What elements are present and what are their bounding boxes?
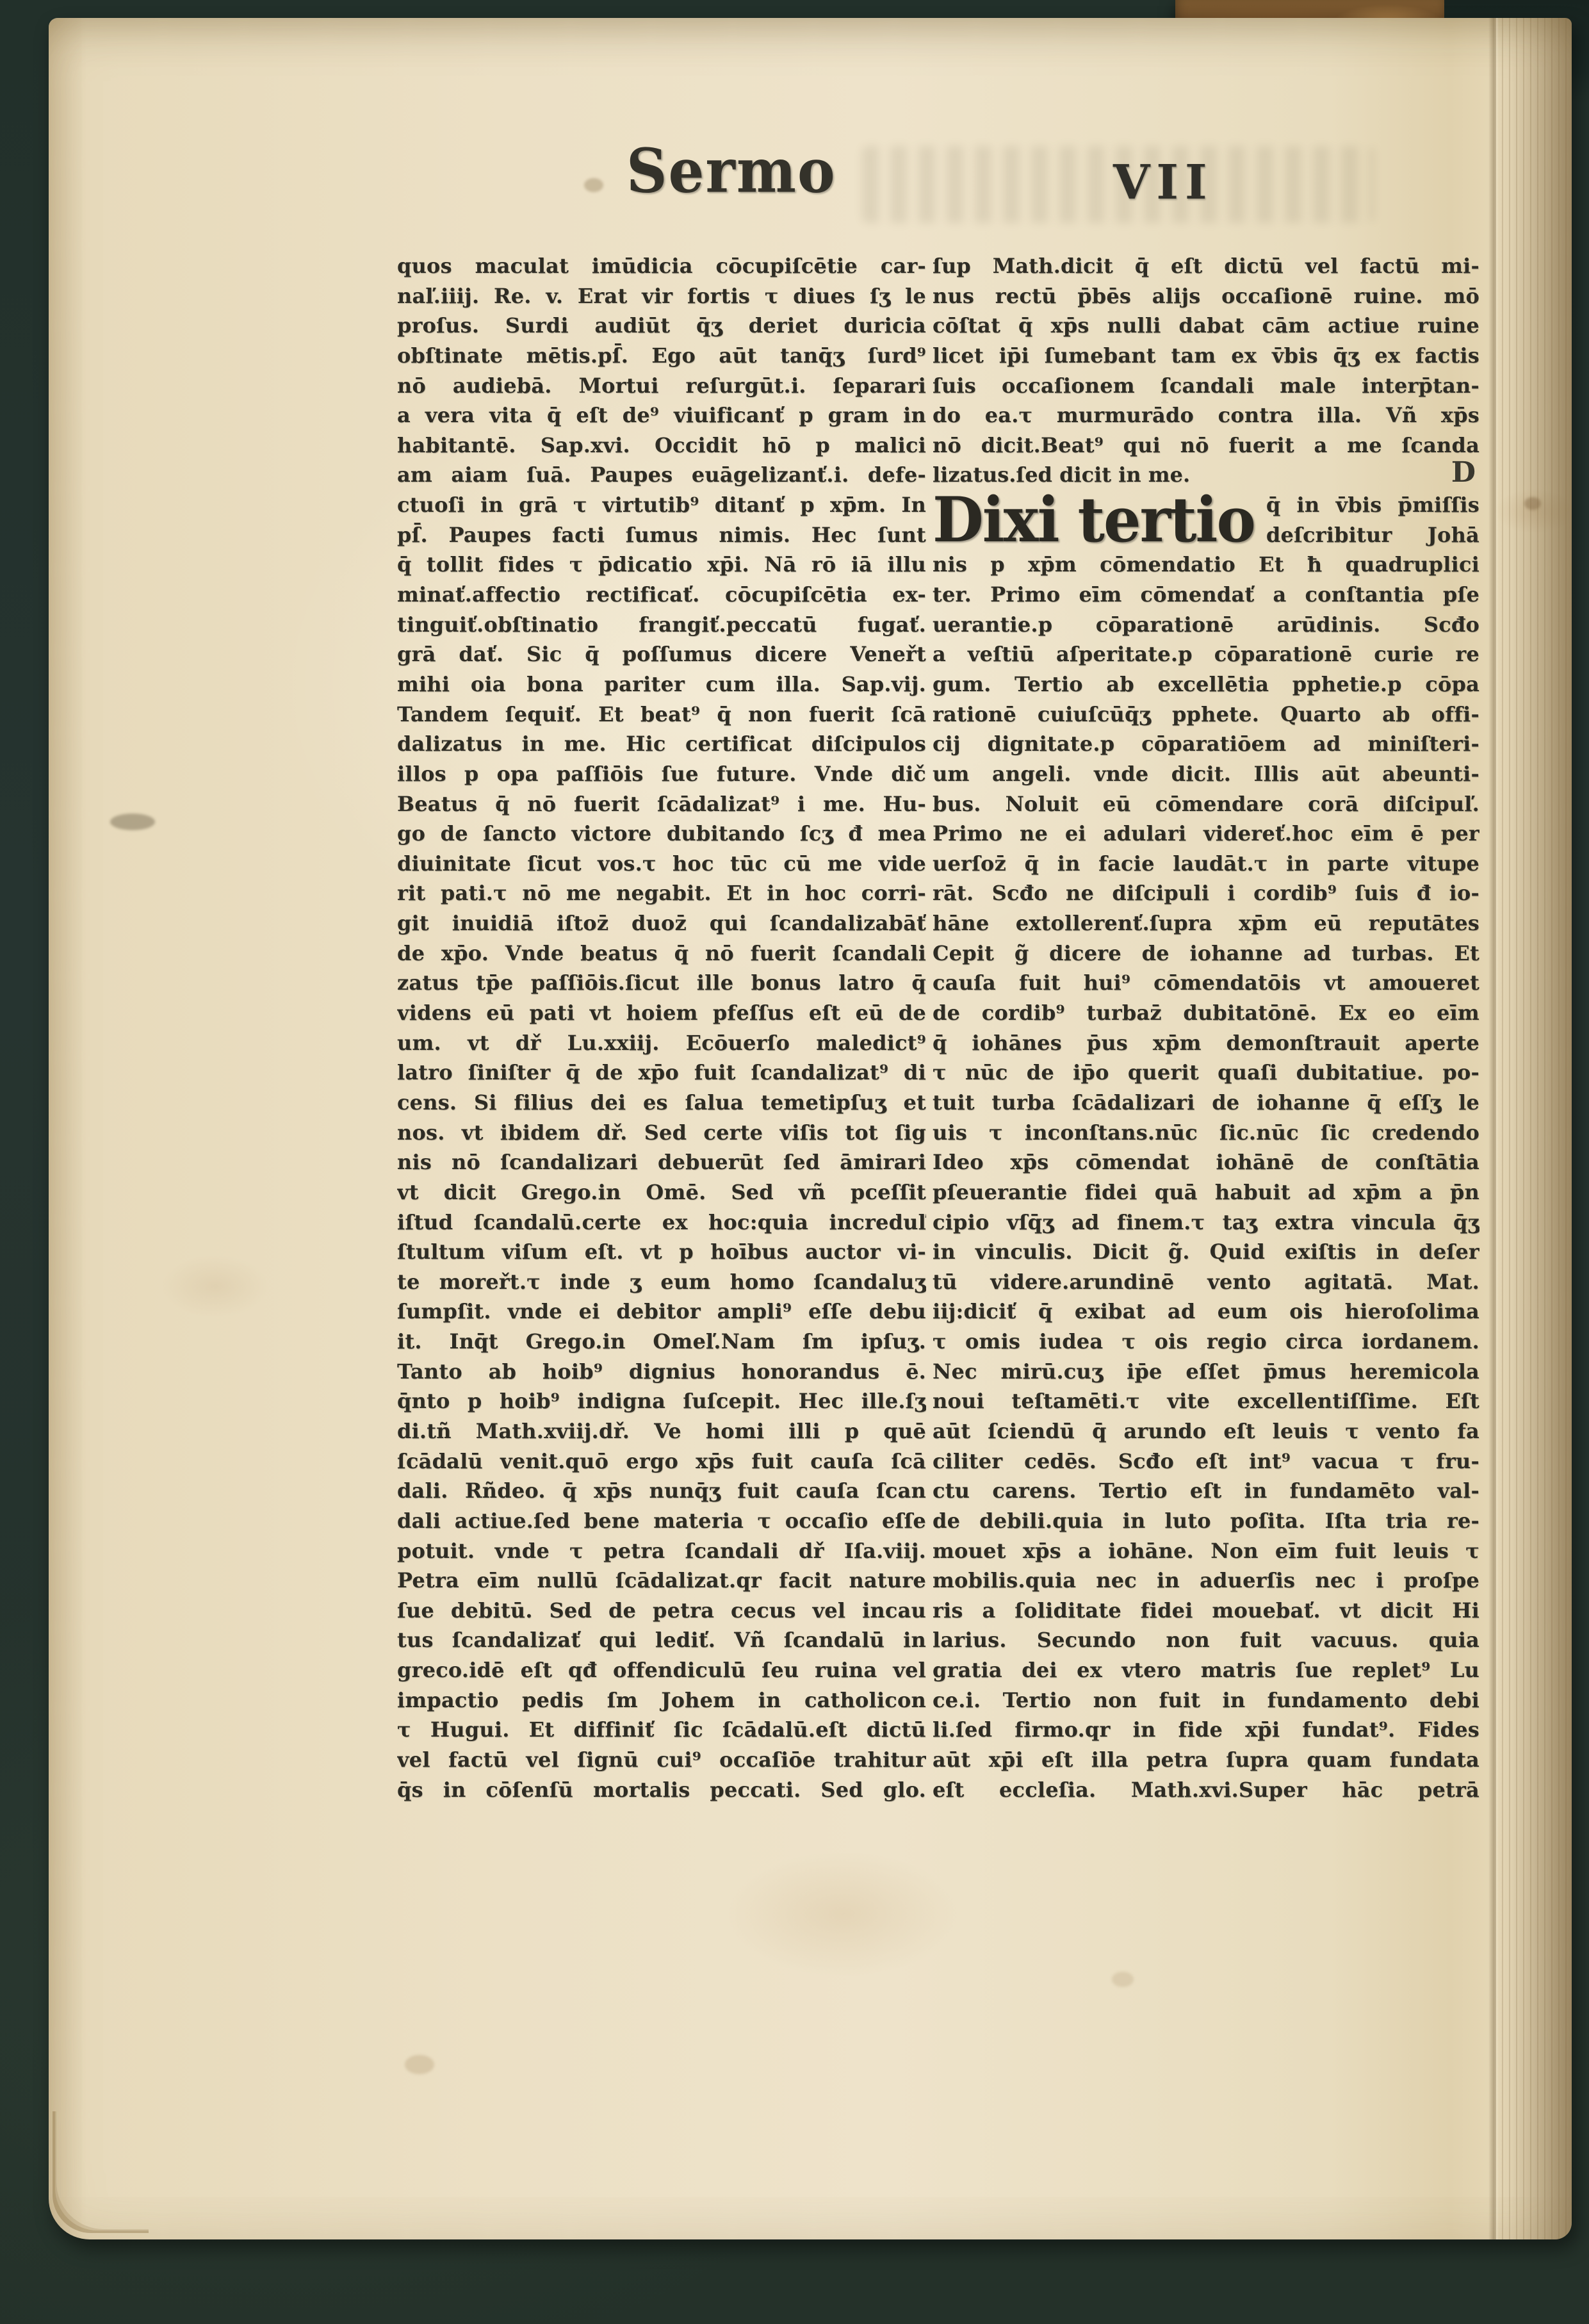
section-opening: Dixi tertio q̄ in v̄bis p̄miſſisdeſcribi…: [933, 490, 1479, 550]
text-line: de cordib⁹ turbaz̄ dubitatōnē. Ex eo eīm: [933, 998, 1479, 1028]
text-line: naľ.iiij. Re. v. Erat vir fortis τ diues…: [397, 281, 926, 311]
running-title: Sermo: [626, 135, 836, 206]
text-line: deſcribitur Johā: [1266, 520, 1479, 550]
text-line: tuit turba ſcādalizari de iohanne q̄ eſſ…: [933, 1088, 1479, 1118]
text-line: gum. Tertio ab excellētia pphetie.p cōpa: [933, 669, 1479, 700]
text-line: gratia dei ex vtero matris ſue replet⁹ L…: [933, 1655, 1479, 1685]
corner-page-stack: [53, 2111, 149, 2233]
text-line: obſtinate mētis.pſ̄. Ego aūt tanq̄ʒ ſurd…: [397, 341, 926, 371]
text-line: Tandem ſequiť. Et beat⁹ q̄ non fuerit ſc…: [397, 700, 926, 730]
text-line: nus rectū p̄bēs alijs occaſionē ruine. m…: [933, 281, 1479, 311]
text-line: in vinculis. Dicit g̃. Quid exiſtis in d…: [933, 1237, 1479, 1267]
text-line: rationē cuiuſcūq̄ʒ pphete. Quarto ab off…: [933, 700, 1479, 730]
text-line: mihi oia bona pariter cum illa. Sap.vij.: [397, 669, 926, 700]
text-line: ter. Primo eīm cōmendať a conſtantia pſe: [933, 580, 1479, 610]
text-line: li.ſed firmo.qr in fide xp̄i fundat⁹. Fi…: [933, 1715, 1479, 1745]
text-line: greco.idē eſt qđ offendiculū ſeu ruina v…: [397, 1655, 926, 1685]
text-line: ciliter cedēs. Scđo eſt int⁹ vacua τ fru…: [933, 1446, 1479, 1477]
stain: [1524, 497, 1541, 510]
text-line: mobilis.quia nec in aduerſis nec i proſp…: [933, 1566, 1479, 1596]
text-line: um. vt dř Lu.xxiij. Ecōuerſo maledict⁹: [397, 1028, 926, 1058]
section-incipit: Dixi tertio: [933, 490, 1255, 550]
text-line: dalizatus in me. Hic certificat diſcipul…: [397, 729, 926, 759]
text-line: q̄s in cōſenſū mortalis peccati. Sed glo…: [397, 1775, 926, 1805]
text-line: dali actiue.ſed bene materia τ occaſio e…: [397, 1506, 926, 1536]
text-line: git inuidiā iſtoz̄ duoz̄ qui ſcandalizab…: [397, 908, 926, 938]
text-line: τ nūc de ip̄o querit quaſi dubitatiue. p…: [933, 1058, 1479, 1088]
text-line: q̄nto p hoib⁹ indigna ſuſcepit. Hec ille…: [397, 1386, 926, 1416]
incipit-side-lines: q̄ in v̄bis p̄miſſisdeſcribitur Johā: [1266, 490, 1479, 550]
text-line: cipio vſq̄ʒ ad finem.τ taʒ extra vincula…: [933, 1207, 1479, 1238]
text-line: nō audiebā. Mortui reſurgūt.i. ſeparari: [397, 371, 926, 401]
book-page: Sermo VII quos maculat imūdicia cōcupiſc…: [49, 18, 1572, 2239]
text-line: Ideo xp̄s cōmendat iohānē de conſtātia: [933, 1147, 1479, 1177]
text-line: cōſtat q̄ xp̄s nulli dabat cām actiue ru…: [933, 311, 1479, 341]
text-line: q̄ in v̄bis p̄miſſis: [1266, 490, 1479, 520]
text-line: Nec mirū.cuʒ ip̄e eſſet p̄mus heremicola: [933, 1357, 1479, 1387]
text-line: licet ip̄i ſumebant tam ex v̄bis q̄ʒ ex …: [933, 341, 1479, 371]
text-line: impactio pedis ſm Johem in catholicon: [397, 1685, 926, 1715]
text-line: videns eū pati vt hoiem pfeſſus eſt eū d…: [397, 998, 926, 1028]
text-line: ris a ſoliditate fidei mouebať. vt dicit…: [933, 1596, 1479, 1626]
text-line: ſtultum viſum eſt. vt p hoībus auctor vi…: [397, 1237, 926, 1267]
text-line: pſ̄. Paupes facti ſumus nimis. Hec ſunt: [397, 520, 926, 550]
text-line: vel factū vel ſignū cui⁹ occaſiōe trahit…: [397, 1745, 926, 1775]
rubricator-guide-letter: D: [1451, 460, 1479, 486]
text-line: Primo ne ei adulari videreť.hoc eīm ē pe…: [933, 819, 1479, 849]
text-line: pſeuerantie fidei quā habuit ad xp̄m a p…: [933, 1177, 1479, 1207]
fore-edge-page-stack: [1495, 18, 1572, 2239]
text-line: Tanto ab hoib⁹ dignius honorandus ē.: [397, 1357, 926, 1387]
text-column-right: ſup Math.dicit q̄ eſt dictū vel factū mi…: [933, 251, 1479, 1804]
text-line: latro ſiniſter q̄ de xp̄o fuit ſcandaliz…: [397, 1058, 926, 1088]
text-column-left: quos maculat imūdicia cōcupiſcētie car-n…: [397, 251, 926, 1804]
text-line: nis p xp̄m cōmendatio Et ħ quadruplici: [933, 550, 1479, 580]
text-line: cauſa fuit hui⁹ cōmendatōis vt amoueret: [933, 968, 1479, 998]
text-line: cens. Si filius dei es ſalua temetipſuʒ …: [397, 1088, 926, 1118]
text-line: go de ſancto victore dubitando ſcʒ đ mea: [397, 819, 926, 849]
text-line: τ Hugui. Et diffiniť ſic ſcādalū.eſt dic…: [397, 1715, 926, 1745]
line-with-guide-letter: lizatus.ſed dicit in me. D: [933, 460, 1479, 490]
text-line: quos maculat imūdicia cōcupiſcētie car-: [397, 251, 926, 281]
text-line: q̄ iohānes p̄us xp̄m demonſtrauit aperte: [933, 1028, 1479, 1058]
text-line: ſue debitū. Sed de petra cecus vel incau: [397, 1596, 926, 1626]
text-line: diuinitate ſicut vos.τ hoc tūc cū me vid…: [397, 849, 926, 879]
text-line: am aiam ſuā. Paupes euāgelizanť.i. defe-: [397, 460, 926, 490]
text-line: a vera vita q̄ eſt de⁹ viuificanť p gram…: [397, 400, 926, 430]
text-line: habitantē. Sap.xvi. Occidit hō p malici: [397, 430, 926, 461]
text-line: lizatus.ſed dicit in me.: [933, 460, 1190, 490]
text-line: nis nō ſcandalizari debuerūt ſed āmirari: [397, 1147, 926, 1177]
text-line: ſcādalū venit.quō ergo xp̄s fuit cauſa ſ…: [397, 1446, 926, 1477]
text-line: uerantie.p cōparationē arūdinis. Scđo: [933, 610, 1479, 640]
text-line: Petra eīm nullū ſcādalizat.qr facit natu…: [397, 1566, 926, 1596]
stain: [1112, 1972, 1134, 1987]
text-line: te moreřt.τ inde ʒ eum homo ſcandaluʒ: [397, 1267, 926, 1297]
text-line: a veſtiū aſperitate.p cōparationē curie …: [933, 639, 1479, 669]
text-line: hāne extollerenť.ſupra xp̄m eū reputātes: [933, 908, 1479, 938]
text-line: illos p opa paſſiōis ſue future. Vnde di…: [397, 759, 926, 789]
text-line: um angeli. vnde dicit. Illis aūt abeunti…: [933, 759, 1479, 789]
text-line: ce.i. Tertio non fuit in fundamento debi: [933, 1685, 1479, 1715]
text-line: de debili.quia in luto poſita. Iſta tria…: [933, 1506, 1479, 1536]
text-line: de xp̄o. Vnde beatus q̄ nō fuerit ſcanda…: [397, 938, 926, 969]
text-line: it. Inq̄t Grego.in Omeľ.Nam ſm ipſuʒ.: [397, 1327, 926, 1357]
text-line: tus ſcandalizať qui lediť. Vñ ſcandalū i…: [397, 1625, 926, 1655]
text-line: tinguiť.obſtinatio frangiť.peccatū fugať…: [397, 610, 926, 640]
text-line: zatus tp̄e paſſiōis.ſicut ille bonus lat…: [397, 968, 926, 998]
text-line: proſus. Surdi audiūt q̄ʒ deriet duricia: [397, 311, 926, 341]
text-line: aūt xp̄i eſt illa petra ſupra quam funda…: [933, 1745, 1479, 1775]
right-column-top-lines: ſup Math.dicit q̄ eſt dictū vel factū mi…: [933, 251, 1479, 460]
stain: [584, 178, 603, 192]
text-line: eſt eccleſia. Math.xvi.Super hāc petrā: [933, 1775, 1479, 1805]
text-line: iij:diciť q̄ exibat ad eum ois hieroſoli…: [933, 1297, 1479, 1327]
text-line: bus. Noluit eū cōmendare corā diſcipuľ.: [933, 789, 1479, 819]
text-line: cij dignitate.p cōparatiōem ad miniſteri…: [933, 729, 1479, 759]
text-line: q̄ tollit fides τ p̄dicatio xp̄i. Nā rō …: [397, 550, 926, 580]
right-column-bottom-lines: nis p xp̄m cōmendatio Et ħ quadruplicite…: [933, 550, 1479, 1804]
text-line: di.tñ Math.xviij.dř. Ve homi illi p quē: [397, 1416, 926, 1446]
text-line: vt dicit Grego.in Omē. Sed vñ pceſſit: [397, 1177, 926, 1207]
text-line: ſup Math.dicit q̄ eſt dictū vel factū mi…: [933, 251, 1479, 281]
text-line: iſtud ſcandalū.certe ex hoc:quia incredu…: [397, 1207, 926, 1238]
text-line: ſumpſit. vnde ei debitor ampli⁹ eſſe deb…: [397, 1297, 926, 1327]
text-line: minať.affectio rectificať. cōcupiſcētia …: [397, 580, 926, 610]
stain: [110, 814, 155, 830]
text-line: potuit. vnde τ petra ſcandali dř Iſa.vii…: [397, 1536, 926, 1566]
stain: [405, 2055, 434, 2074]
text-line: Cepit g̃ dicere de iohanne ad turbas. Et: [933, 938, 1479, 969]
text-line: uerſoz̄ q̄ in facie laudāt.τ in parte vi…: [933, 849, 1479, 879]
text-line: uis τ inconſtans.nūc ſic.nūc ſic credend…: [933, 1118, 1479, 1148]
text-line: larius. Secundo non fuit vacuus. quia: [933, 1625, 1479, 1655]
text-line: do ea.τ murmurādo contra illa. Vñ xp̄s: [933, 400, 1479, 430]
text-line: dali. Rñdeo. q̄ xp̄s nunq̄ʒ fuit cauſa ſ…: [397, 1476, 926, 1506]
page-number: VII: [1113, 155, 1214, 210]
text-line: Beatus q̄ nō fuerit ſcādalizat⁹ i me. Hu…: [397, 789, 926, 819]
text-line: mouet xp̄s a iohāne. Non eīm fuit leuis …: [933, 1536, 1479, 1566]
text-line: rāt. Scđo ne diſcipuli i cordib⁹ ſuis đ …: [933, 878, 1479, 908]
text-line: ſuis occaſionem ſcandali male interp̄tan…: [933, 371, 1479, 401]
text-line: aūt ſciendū q̄ arundo eſt leuis τ vento …: [933, 1416, 1479, 1446]
text-line: tū videre.arundinē vento agitatā. Mat.: [933, 1267, 1479, 1297]
text-line: nos. vt ibidem dř. Sed certe viſis tot ſ…: [397, 1118, 926, 1148]
text-line: grā dať. Sic q̄ poſſumus dicere Veneřt: [397, 639, 926, 669]
text-line: τ omis iudea τ ois regio circa iordanem.: [933, 1327, 1479, 1357]
text-line: ctu carens. Tertio eſt in fundamēto val-: [933, 1476, 1479, 1506]
text-line: noui teſtamēti.τ vite excellentiſſime. E…: [933, 1386, 1479, 1416]
scanned-book-photo: { "colors":{ "background":"#263430", "pa…: [0, 0, 1589, 2324]
text-line: ctuoſi in grā τ virtutib⁹ ditanť p xp̄m.…: [397, 490, 926, 520]
text-line: nō dicit.Beat⁹ qui nō fuerit a me ſcanda: [933, 430, 1479, 461]
text-line: rit pati.τ nō me negabit. Et in hoc corr…: [397, 878, 926, 908]
